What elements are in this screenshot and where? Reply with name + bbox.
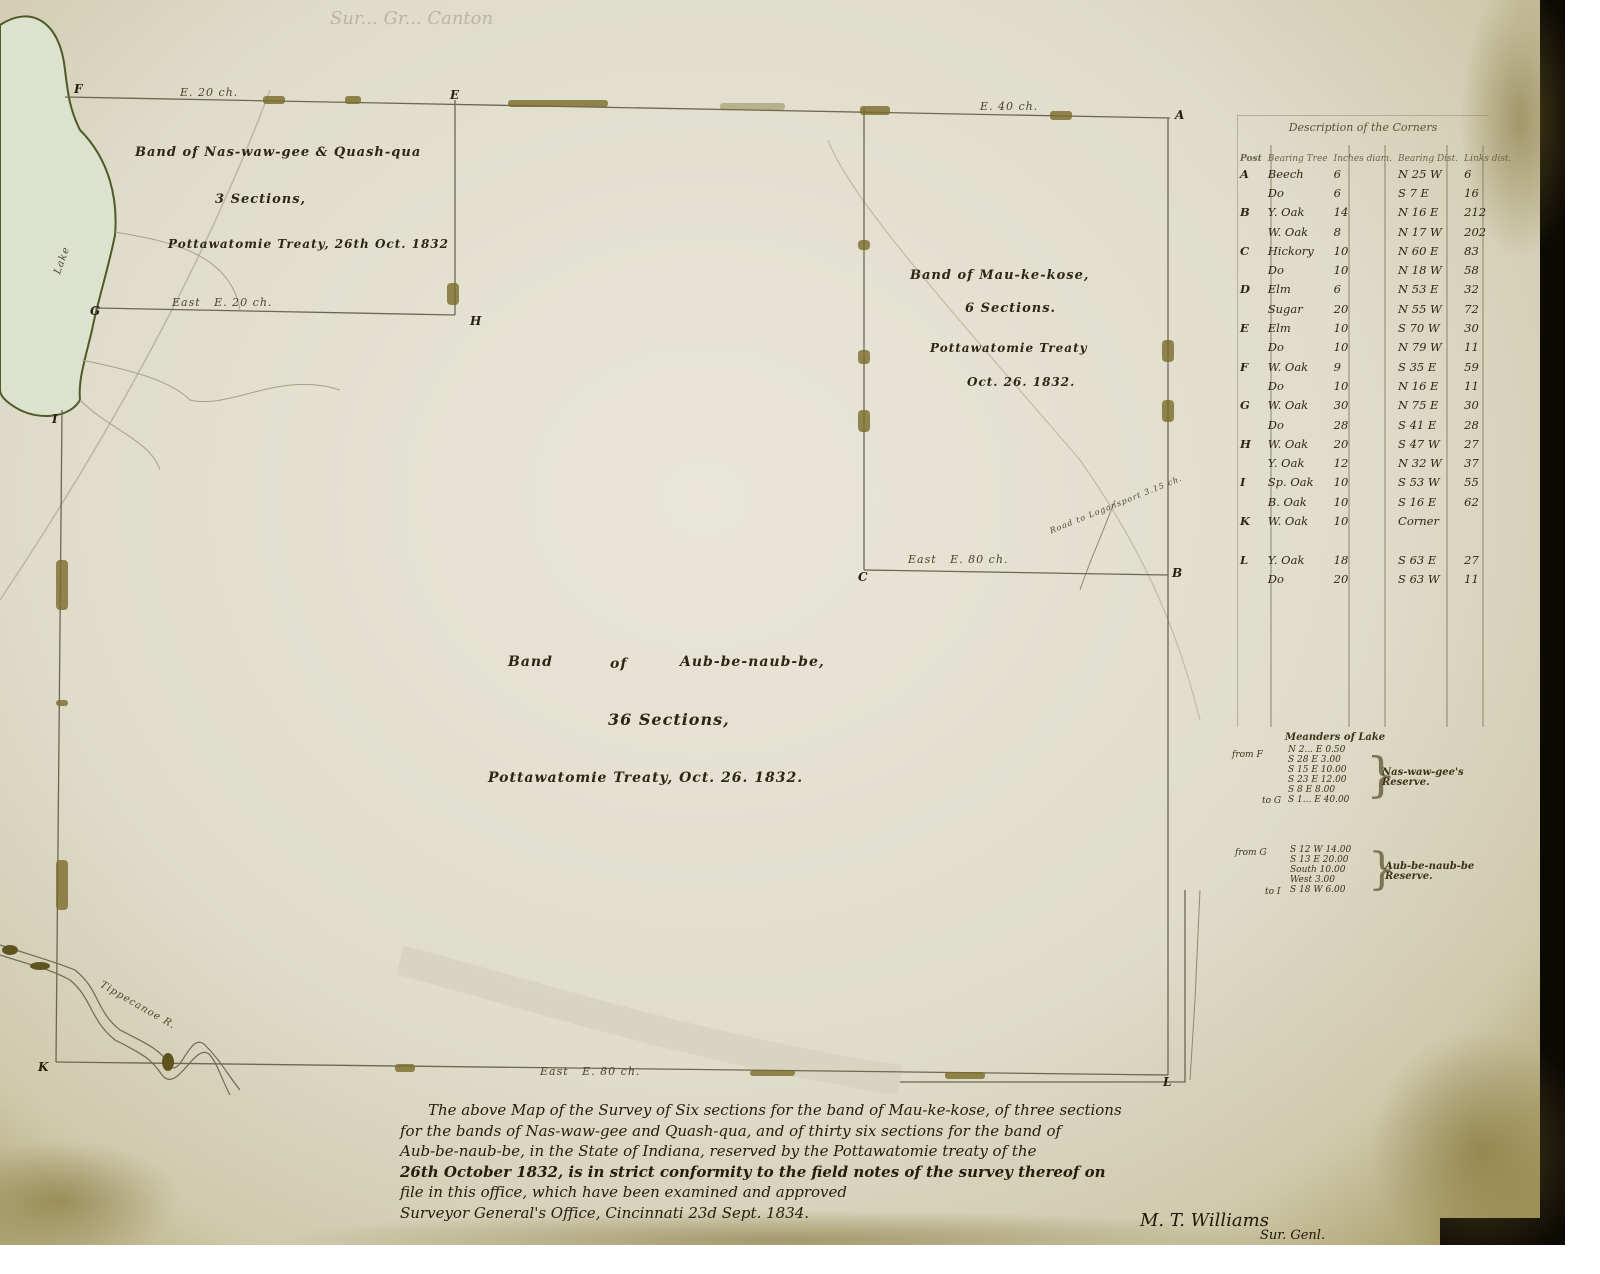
- line-note-cd: East E. 80 ch.: [908, 553, 1008, 566]
- tract-mau-ke-kose-name: Band of Mau-ke-kose,: [910, 268, 1089, 283]
- surveyor-signature: M. T. Williams: [1140, 1210, 1269, 1231]
- table-row: W. Oak8N 17 W202: [1237, 222, 1514, 241]
- meander-line: S 23 E 12.00: [1288, 775, 1349, 785]
- cell: 58: [1461, 260, 1514, 279]
- cell: W. Oak: [1265, 434, 1331, 453]
- cell: Do: [1265, 376, 1331, 395]
- cell: 30: [1331, 396, 1395, 415]
- cell: 11: [1461, 569, 1514, 588]
- corner-h: H: [470, 314, 481, 328]
- cell: S 63 E: [1395, 550, 1461, 569]
- cell: [1461, 511, 1514, 530]
- cell: 6: [1461, 164, 1514, 183]
- tract-mau-ke-kose-sections: 6 Sections.: [965, 301, 1056, 316]
- survey-map-sheet: Sur... Gr... Canton Lake Tippecanoe R. F…: [0, 0, 1565, 1245]
- table-row: HW. Oak20S 47 W27: [1237, 434, 1514, 453]
- cell: 27: [1461, 434, 1514, 453]
- lake-shape: [0, 16, 116, 416]
- cell: S 7 E: [1395, 183, 1461, 202]
- surveyor-signature-title: Sur. Genl.: [1260, 1228, 1325, 1243]
- cell: 202: [1461, 222, 1514, 241]
- cell: 59: [1461, 357, 1514, 376]
- meander-group2-to: to I: [1265, 887, 1280, 897]
- table-row: Do6S 7 E16: [1237, 183, 1514, 202]
- cell: [1237, 299, 1265, 318]
- certificate-line: Aub-be-naub-be, in the State of Indiana,…: [400, 1141, 1360, 1162]
- cell: N 75 E: [1395, 396, 1461, 415]
- cell: [1331, 531, 1395, 550]
- cell: Do: [1265, 338, 1331, 357]
- cell: 10: [1331, 260, 1395, 279]
- cell: 28: [1461, 415, 1514, 434]
- corner-table-header: Post Bearing Tree Inches diam. Bearing D…: [1237, 136, 1514, 164]
- cell: Do: [1265, 415, 1331, 434]
- cell: [1237, 338, 1265, 357]
- faint-header-text: Sur... Gr... Canton: [330, 8, 493, 29]
- cell: B. Oak: [1265, 492, 1331, 511]
- cell: [1237, 415, 1265, 434]
- header-bearing: Bearing Dist.: [1395, 136, 1461, 164]
- cell: Hickory: [1265, 241, 1331, 260]
- meanders-title: Meanders of Lake: [1285, 733, 1385, 743]
- cell: Elm: [1265, 280, 1331, 299]
- meander-line: S 18 W 6.00: [1290, 885, 1351, 895]
- cell: Corner: [1395, 511, 1461, 530]
- tract-mau-ke-kose-date: Oct. 26. 1832.: [967, 375, 1075, 389]
- table-row: Do10N 18 W58: [1237, 260, 1514, 279]
- cell: 14: [1331, 203, 1395, 222]
- tract-aub-be-naub-be-name: Aub-be-naub-be,: [680, 654, 825, 670]
- table-row: Y. Oak12N 32 W37: [1237, 453, 1514, 472]
- cell: 11: [1461, 338, 1514, 357]
- meander-line: S 12 W 14.00: [1290, 845, 1351, 855]
- cell: 28: [1331, 415, 1395, 434]
- cell: Do: [1265, 183, 1331, 202]
- cell: N 25 W: [1395, 164, 1461, 183]
- cell: S 63 W: [1395, 569, 1461, 588]
- meander-group2-lines: S 12 W 14.00 S 13 E 20.00 South 10.00 We…: [1290, 845, 1351, 895]
- tract-nas-waw-gee-name: Band of Nas-waw-gee & Quash-qua: [135, 145, 421, 160]
- cell: B: [1237, 203, 1265, 222]
- header-bearing-tree: Bearing Tree: [1265, 136, 1331, 164]
- cell: 16: [1461, 183, 1514, 202]
- table-row: LY. Oak18S 63 E27: [1237, 550, 1514, 569]
- meander-group2-from: from G: [1235, 848, 1267, 858]
- cell: E: [1237, 318, 1265, 337]
- cell: 10: [1331, 473, 1395, 492]
- cell: 6: [1331, 183, 1395, 202]
- cell: 32: [1461, 280, 1514, 299]
- table-row: EElm10S 70 W30: [1237, 318, 1514, 337]
- corner-b: B: [1172, 566, 1182, 580]
- cell: S 47 W: [1395, 434, 1461, 453]
- cell: W. Oak: [1265, 511, 1331, 530]
- cell: [1237, 492, 1265, 511]
- cell: 6: [1331, 164, 1395, 183]
- cell: H: [1237, 434, 1265, 453]
- cell: 12: [1331, 453, 1395, 472]
- cell: N 55 W: [1395, 299, 1461, 318]
- cell: A: [1237, 164, 1265, 183]
- cell: Sugar: [1265, 299, 1331, 318]
- cell: F: [1237, 357, 1265, 376]
- cell: 30: [1461, 396, 1514, 415]
- cell: G: [1237, 396, 1265, 415]
- cell: N 16 E: [1395, 203, 1461, 222]
- tract-nas-waw-gee-sections: 3 Sections,: [215, 192, 306, 207]
- cell: Y. Oak: [1265, 550, 1331, 569]
- table-row: CHickory10N 60 E83: [1237, 241, 1514, 260]
- cell: 10: [1331, 318, 1395, 337]
- cell: [1237, 222, 1265, 241]
- cell: 11: [1461, 376, 1514, 395]
- cell: 10: [1331, 241, 1395, 260]
- cell: [1461, 531, 1514, 550]
- cell: S 70 W: [1395, 318, 1461, 337]
- cell: 10: [1331, 376, 1395, 395]
- tract-aub-be-naub-be-word-of: of: [610, 656, 627, 672]
- meander-line: S 13 E 20.00: [1290, 855, 1351, 865]
- cell: Do: [1265, 260, 1331, 279]
- cell: W. Oak: [1265, 222, 1331, 241]
- cell: [1265, 531, 1331, 550]
- cell: Y. Oak: [1265, 453, 1331, 472]
- cell: C: [1237, 241, 1265, 260]
- line-note-gh: East E. 20 ch.: [172, 296, 272, 309]
- table-row: [1237, 531, 1514, 550]
- cell: S 41 E: [1395, 415, 1461, 434]
- cell: 37: [1461, 453, 1514, 472]
- table-row: GW. Oak30N 75 E30: [1237, 396, 1514, 415]
- table-row: BY. Oak14N 16 E212: [1237, 203, 1514, 222]
- corner-a: A: [1175, 108, 1184, 122]
- tract-nas-waw-gee-treaty: Pottawatomie Treaty, 26th Oct. 1832: [168, 237, 449, 251]
- cell: 20: [1331, 434, 1395, 453]
- table-row: KW. Oak10Corner: [1237, 511, 1514, 530]
- cell: N 17 W: [1395, 222, 1461, 241]
- table-row: Do10N 16 E11: [1237, 376, 1514, 395]
- meander-group1-lines: N 2... E 0.50 S 28 E 3.00 S 15 E 10.00 S…: [1288, 745, 1349, 805]
- cell: I: [1237, 473, 1265, 492]
- corner-description-table: Description of the Corners Post Bearing …: [1237, 115, 1489, 727]
- corner-l: L: [1163, 1075, 1171, 1089]
- corner-i: I: [52, 412, 58, 426]
- cell: W. Oak: [1265, 396, 1331, 415]
- meander-line: S 15 E 10.00: [1288, 765, 1349, 775]
- line-note-kl: East E. 80 ch.: [540, 1065, 640, 1078]
- cell: 20: [1331, 569, 1395, 588]
- corner-e: E: [450, 88, 459, 102]
- cell: 10: [1331, 338, 1395, 357]
- cell: W. Oak: [1265, 357, 1331, 376]
- header-links: Links dist.: [1461, 136, 1514, 164]
- surveyor-certificate: The above Map of the Survey of Six secti…: [400, 1100, 1360, 1223]
- table-row: B. Oak10S 16 E62: [1237, 492, 1514, 511]
- tract-aub-be-naub-be-sections: 36 Sections,: [608, 710, 730, 729]
- cell: 212: [1461, 203, 1514, 222]
- table-row: ISp. Oak10S 53 W55: [1237, 473, 1514, 492]
- cell: N 32 W: [1395, 453, 1461, 472]
- cell: [1237, 569, 1265, 588]
- cell: Elm: [1265, 318, 1331, 337]
- cell: Beech: [1265, 164, 1331, 183]
- cell: 30: [1461, 318, 1514, 337]
- table-row: Sugar20N 55 W72: [1237, 299, 1514, 318]
- cell: 27: [1461, 550, 1514, 569]
- corner-f: F: [74, 82, 83, 96]
- line-note-top-ba: E. 40 ch.: [980, 100, 1038, 113]
- cell: 6: [1331, 280, 1395, 299]
- cell: [1237, 531, 1265, 550]
- cell: [1237, 183, 1265, 202]
- cell: 20: [1331, 299, 1395, 318]
- corner-c: C: [858, 570, 868, 584]
- certificate-line: for the bands of Nas-waw-gee and Quash-q…: [400, 1121, 1360, 1142]
- table-row: Do20S 63 W11: [1237, 569, 1514, 588]
- meander-line: West 3.00: [1290, 875, 1351, 885]
- cell: 10: [1331, 492, 1395, 511]
- cell: 9: [1331, 357, 1395, 376]
- table-row: Do28S 41 E28: [1237, 415, 1514, 434]
- cell: N 18 W: [1395, 260, 1461, 279]
- header-inches: Inches diam.: [1331, 136, 1395, 164]
- cell: [1395, 531, 1461, 550]
- cell: S 16 E: [1395, 492, 1461, 511]
- tract-aub-be-naub-be-treaty: Pottawatomie Treaty, Oct. 26. 1832.: [488, 770, 803, 786]
- cell: [1237, 376, 1265, 395]
- meander-group1-to: to G: [1262, 796, 1281, 806]
- cell: Do: [1265, 569, 1331, 588]
- cell: K: [1237, 511, 1265, 530]
- cell: 10: [1331, 511, 1395, 530]
- table-row: Do10N 79 W11: [1237, 338, 1514, 357]
- cell: 8: [1331, 222, 1395, 241]
- certificate-line: 26th October 1832, is in strict conformi…: [400, 1162, 1360, 1183]
- cell: 62: [1461, 492, 1514, 511]
- table-row: FW. Oak9S 35 E59: [1237, 357, 1514, 376]
- cell: 72: [1461, 299, 1514, 318]
- meander-group1-label: Nas-waw-gee's Reserve.: [1382, 768, 1492, 788]
- header-post: Post: [1237, 136, 1265, 164]
- corner-g: G: [90, 304, 100, 318]
- certificate-line: The above Map of the Survey of Six secti…: [400, 1100, 1360, 1121]
- tract-aub-be-naub-be-word-band: Band: [508, 654, 553, 670]
- cell: Sp. Oak: [1265, 473, 1331, 492]
- corner-k: K: [38, 1060, 48, 1074]
- cell: [1237, 453, 1265, 472]
- cell: L: [1237, 550, 1265, 569]
- tract-mau-ke-kose-treaty: Pottawatomie Treaty: [930, 341, 1088, 355]
- table-row: DElm6N 53 E32: [1237, 280, 1514, 299]
- meander-line: S 8 E 8.00: [1288, 785, 1349, 795]
- cell: N 79 W: [1395, 338, 1461, 357]
- cell: N 16 E: [1395, 376, 1461, 395]
- cell: S 35 E: [1395, 357, 1461, 376]
- meander-line: N 2... E 0.50: [1288, 745, 1349, 755]
- meander-line: South 10.00: [1290, 865, 1351, 875]
- line-note-top-fe: E. 20 ch.: [180, 86, 238, 99]
- cell: Y. Oak: [1265, 203, 1331, 222]
- meander-group1-from: from F: [1232, 750, 1263, 760]
- meander-line: S 28 E 3.00: [1288, 755, 1349, 765]
- table-row: ABeech6N 25 W6: [1237, 164, 1514, 183]
- cell: 83: [1461, 241, 1514, 260]
- corner-table: Post Bearing Tree Inches diam. Bearing D…: [1237, 136, 1514, 589]
- cell: N 60 E: [1395, 241, 1461, 260]
- certificate-line: file in this office, which have been exa…: [400, 1182, 1360, 1203]
- cell: S 53 W: [1395, 473, 1461, 492]
- meander-line: S 1... E 40.00: [1288, 795, 1349, 805]
- cell: [1237, 260, 1265, 279]
- meander-group2-label: Aub-be-naub-be Reserve.: [1385, 862, 1490, 882]
- cell: D: [1237, 280, 1265, 299]
- cell: 18: [1331, 550, 1395, 569]
- cell: N 53 E: [1395, 280, 1461, 299]
- cell: 55: [1461, 473, 1514, 492]
